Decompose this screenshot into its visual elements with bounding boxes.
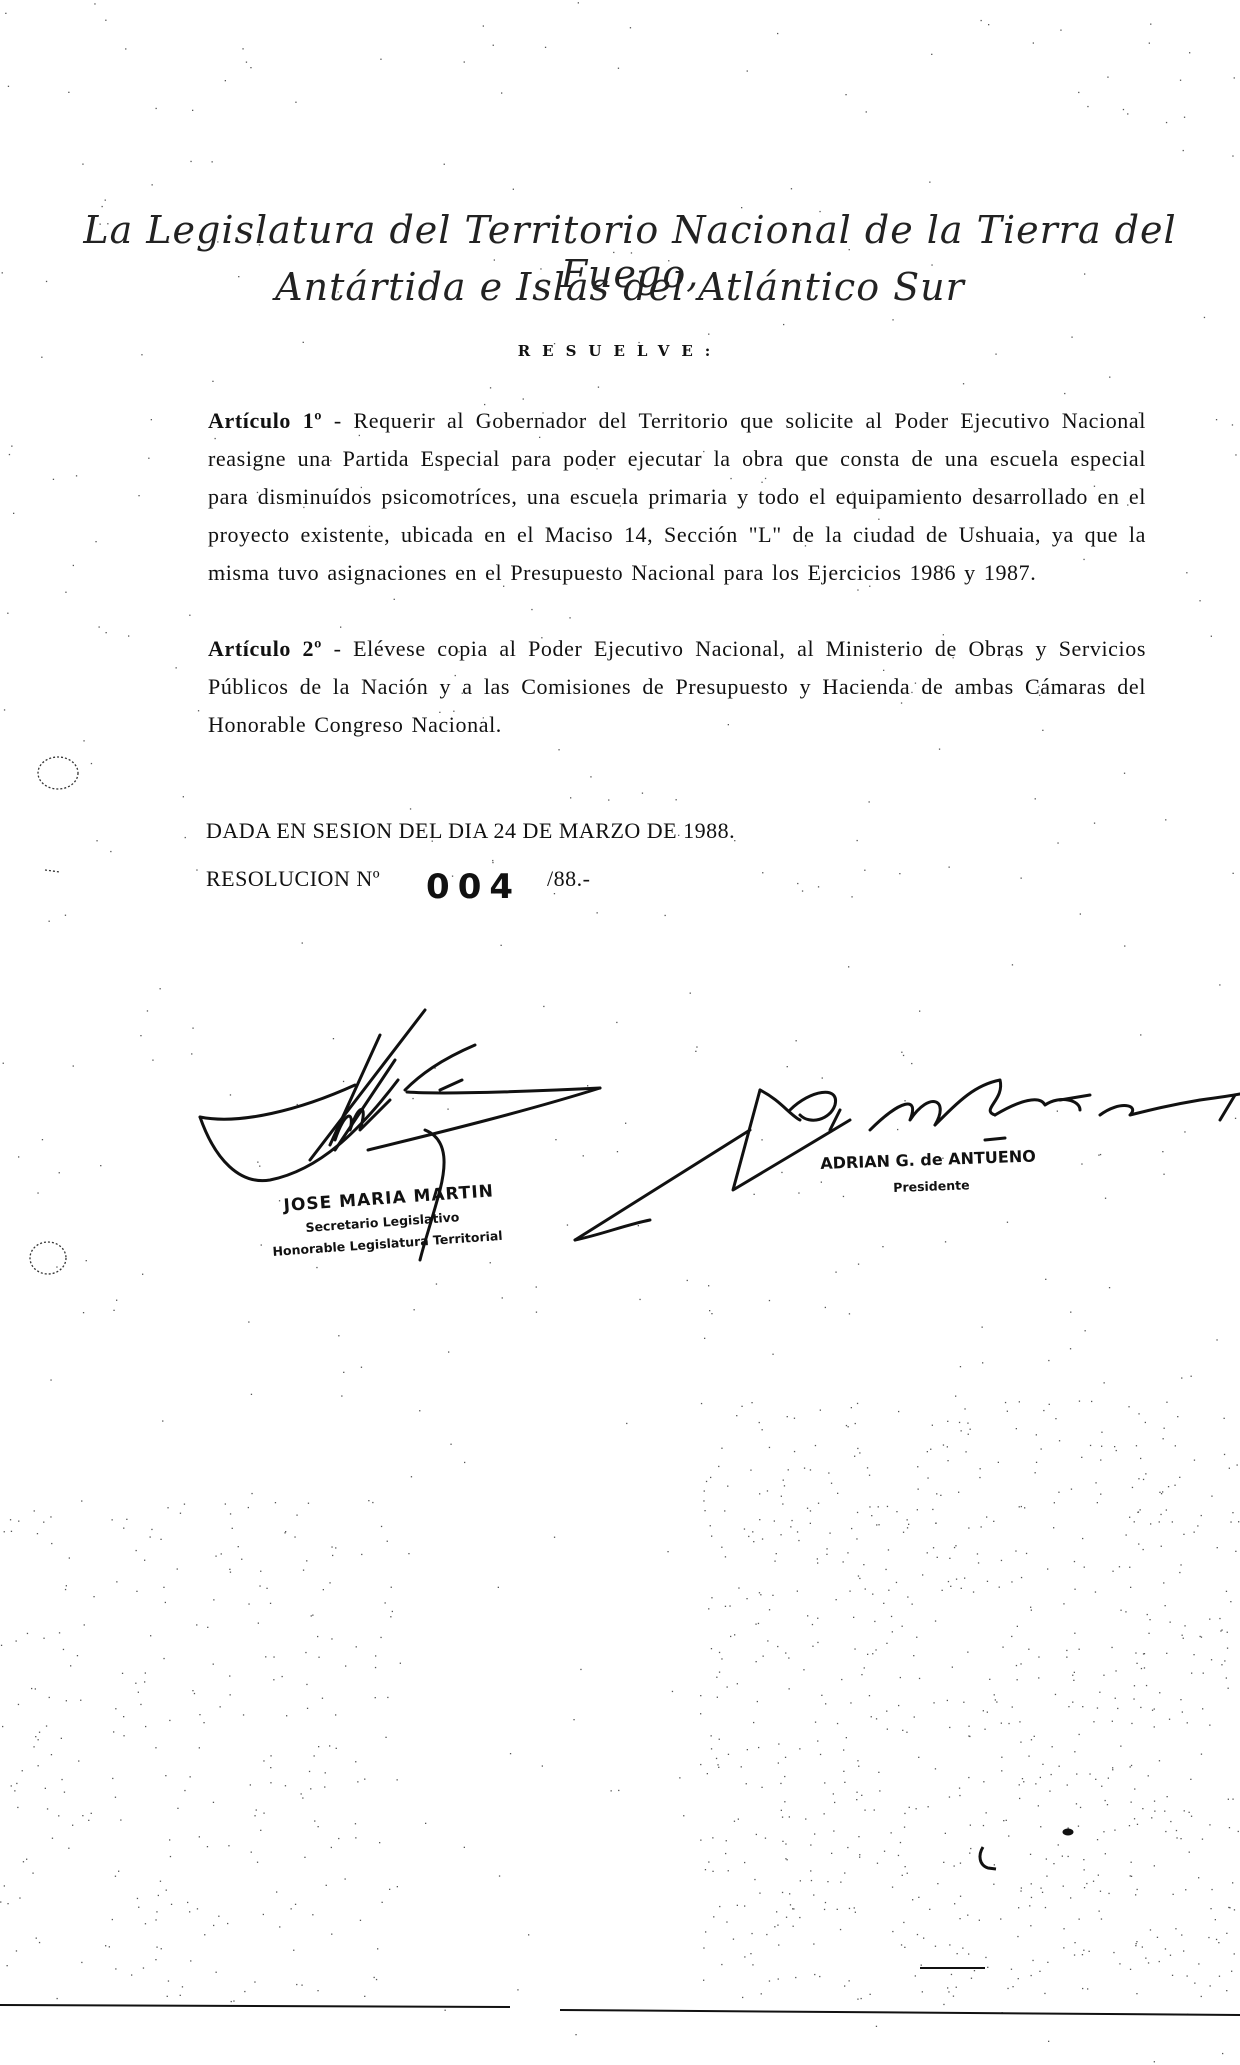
article-1-text: - Requerir al Gobernador del Territorio … [208,408,1146,585]
margin-marks [30,757,78,1274]
article-1-label: Artículo 1º [208,408,322,433]
scan-noise [0,0,1240,2065]
letterhead-line-2: Antártida e Islas del Atlántico Sur [0,265,1240,309]
resolution-line: RESOLUCION Nº 004 /88.- [206,855,590,895]
signatory-2-role: Presidente [893,1177,970,1195]
article-2: Artículo 2º - Elévese copia al Poder Eje… [208,630,1146,744]
document-page: La Legislatura del Territorio Nacional d… [0,0,1240,2065]
scan-artifacts [0,1829,1240,2015]
signatory-2-name: ADRIAN G. de ANTUENO [820,1146,1036,1173]
session-date: DADA EN SESION DEL DIA 24 DE MARZO DE 19… [206,818,735,844]
signatory-1-name: JOSE MARIA MARTIN [283,1181,495,1216]
article-1: Artículo 1º - Requerir al Gobernador del… [208,402,1146,592]
resolution-label: RESOLUCION Nº [206,866,380,891]
article-2-label: Artículo 2º [208,636,322,661]
resuelve-heading: RESUELVE: [0,342,1240,360]
signatory-1-role: Secretario Legislativo [305,1209,460,1235]
signatures [0,0,1240,2065]
resolution-number-stamp: 004 [426,867,521,907]
resolution-suffix: /88.- [547,866,590,891]
article-2-text: - Elévese copia al Poder Ejecutivo Nacio… [208,636,1146,737]
